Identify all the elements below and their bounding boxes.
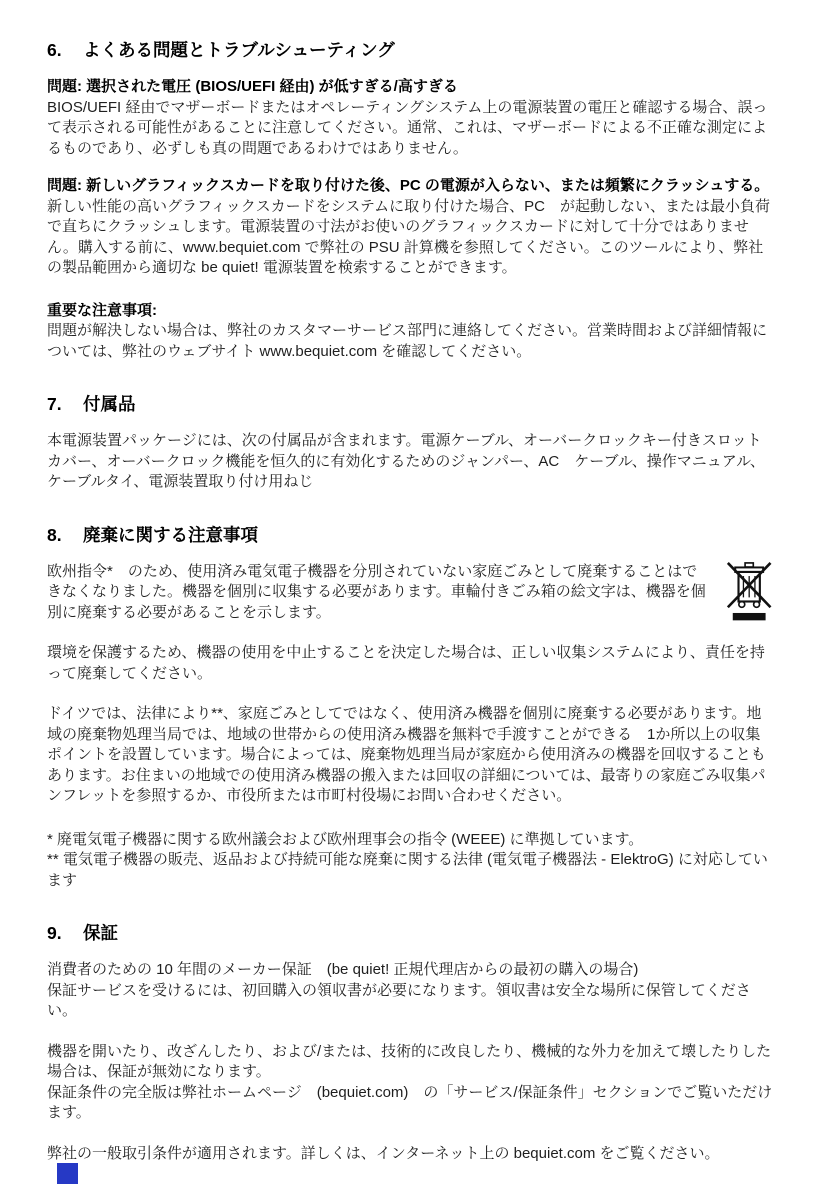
section-heading-disposal: 8. 廃棄に関する注意事項 [47,523,775,547]
warranty-paragraph-1: 消費者のための 10 年間のメーカー保証 (be quiet! 正規代理店からの… [47,960,775,1022]
section-number: 9. [47,921,83,945]
important-note-heading: 重要な注意事項: [47,301,775,322]
disposal-paragraph-text: 欧州指令* のため、使用済み電気電子機器を分別されていない家庭ごみとして廃棄する… [47,563,706,621]
warranty-line: 機器を開いたり、改ざんしたり、および/または、技術的に改良したり、機械的な外力を… [47,1042,775,1083]
section-number: 6. [47,38,83,62]
warranty-paragraph-3: 弊社の一般取引条件が適用されます。詳しくは、インターネット上の bequiet.… [47,1144,775,1165]
problem-block-voltage: 問題: 選択された電圧 (BIOS/UEFI 経由) が低すぎる/高すぎる BI… [47,77,775,159]
problem-block-graphics-card: 問題: 新しいグラフィックスカードを取り付けた後、PC の電源が入らない、または… [47,176,775,279]
page-corner-mark [57,1163,78,1184]
disposal-paragraph-2: 環境を保護するため、機器の使用を中止することを決定した場合は、正しい収集システム… [47,643,775,684]
section-heading-warranty: 9. 保証 [47,921,775,945]
footnote-weee: * 廃電気電子機器に関する欧州議会および欧州理事会の指令 (WEEE) に準拠し… [47,830,775,851]
section-title: 廃棄に関する注意事項 [83,523,258,547]
disposal-footnotes: * 廃電気電子機器に関する欧州議会および欧州理事会の指令 (WEEE) に準拠し… [47,830,775,892]
section-number: 8. [47,523,83,547]
problem-body: BIOS/UEFI 経由でマザーボードまたはオペレーティングシステム上の電源装置… [47,98,775,160]
disposal-paragraph-1: 欧州指令* のため、使用済み電気電子機器を分別されていない家庭ごみとして廃棄する… [47,562,775,624]
section-number: 7. [47,392,83,416]
accessories-body: 本電源装置パッケージには、次の付属品が含まれます。電源ケーブル、オーバークロック… [47,431,775,493]
footnote-elektrog: ** 電気電子機器の販売、返品および持続可能な廃棄に関する法律 (電気電子機器法… [47,850,775,891]
section-title: 付属品 [83,392,136,416]
warranty-line: 消費者のための 10 年間のメーカー保証 (be quiet! 正規代理店からの… [47,960,775,981]
section-title: 保証 [83,921,118,945]
disposal-paragraph-3: ドイツでは、法律により**、家庭ごみとしてではなく、使用済み機器を個別に廃棄する… [47,704,775,807]
weee-crossed-bin-icon [725,558,775,622]
warranty-paragraph-2: 機器を開いたり、改ざんしたり、および/または、技術的に改良したり、機械的な外力を… [47,1042,775,1124]
manual-page: 6. よくある問題とトラブルシューティング 問題: 選択された電圧 (BIOS/… [0,0,822,1191]
important-note-body: 問題が解決しない場合は、弊社のカスタマーサービス部門に連絡してください。営業時間… [47,321,775,362]
warranty-line: 保証サービスを受けるには、初回購入の領収書が必要になります。領収書は安全な場所に… [47,981,775,1022]
section-heading-troubleshooting: 6. よくある問題とトラブルシューティング [47,38,775,62]
section-heading-accessories: 7. 付属品 [47,392,775,416]
problem-heading: 問題: 新しいグラフィックスカードを取り付けた後、PC の電源が入らない、または… [47,176,775,197]
section-title: よくある問題とトラブルシューティング [83,38,395,62]
problem-body: 新しい性能の高いグラフィックスカードをシステムに取り付けた場合、PC が起動しな… [47,197,775,279]
problem-heading: 問題: 選択された電圧 (BIOS/UEFI 経由) が低すぎる/高すぎる [47,77,775,98]
important-note-block: 重要な注意事項: 問題が解決しない場合は、弊社のカスタマーサービス部門に連絡して… [47,301,775,363]
warranty-line: 保証条件の完全版は弊社ホームページ (bequiet.com) の「サービス/保… [47,1083,775,1124]
